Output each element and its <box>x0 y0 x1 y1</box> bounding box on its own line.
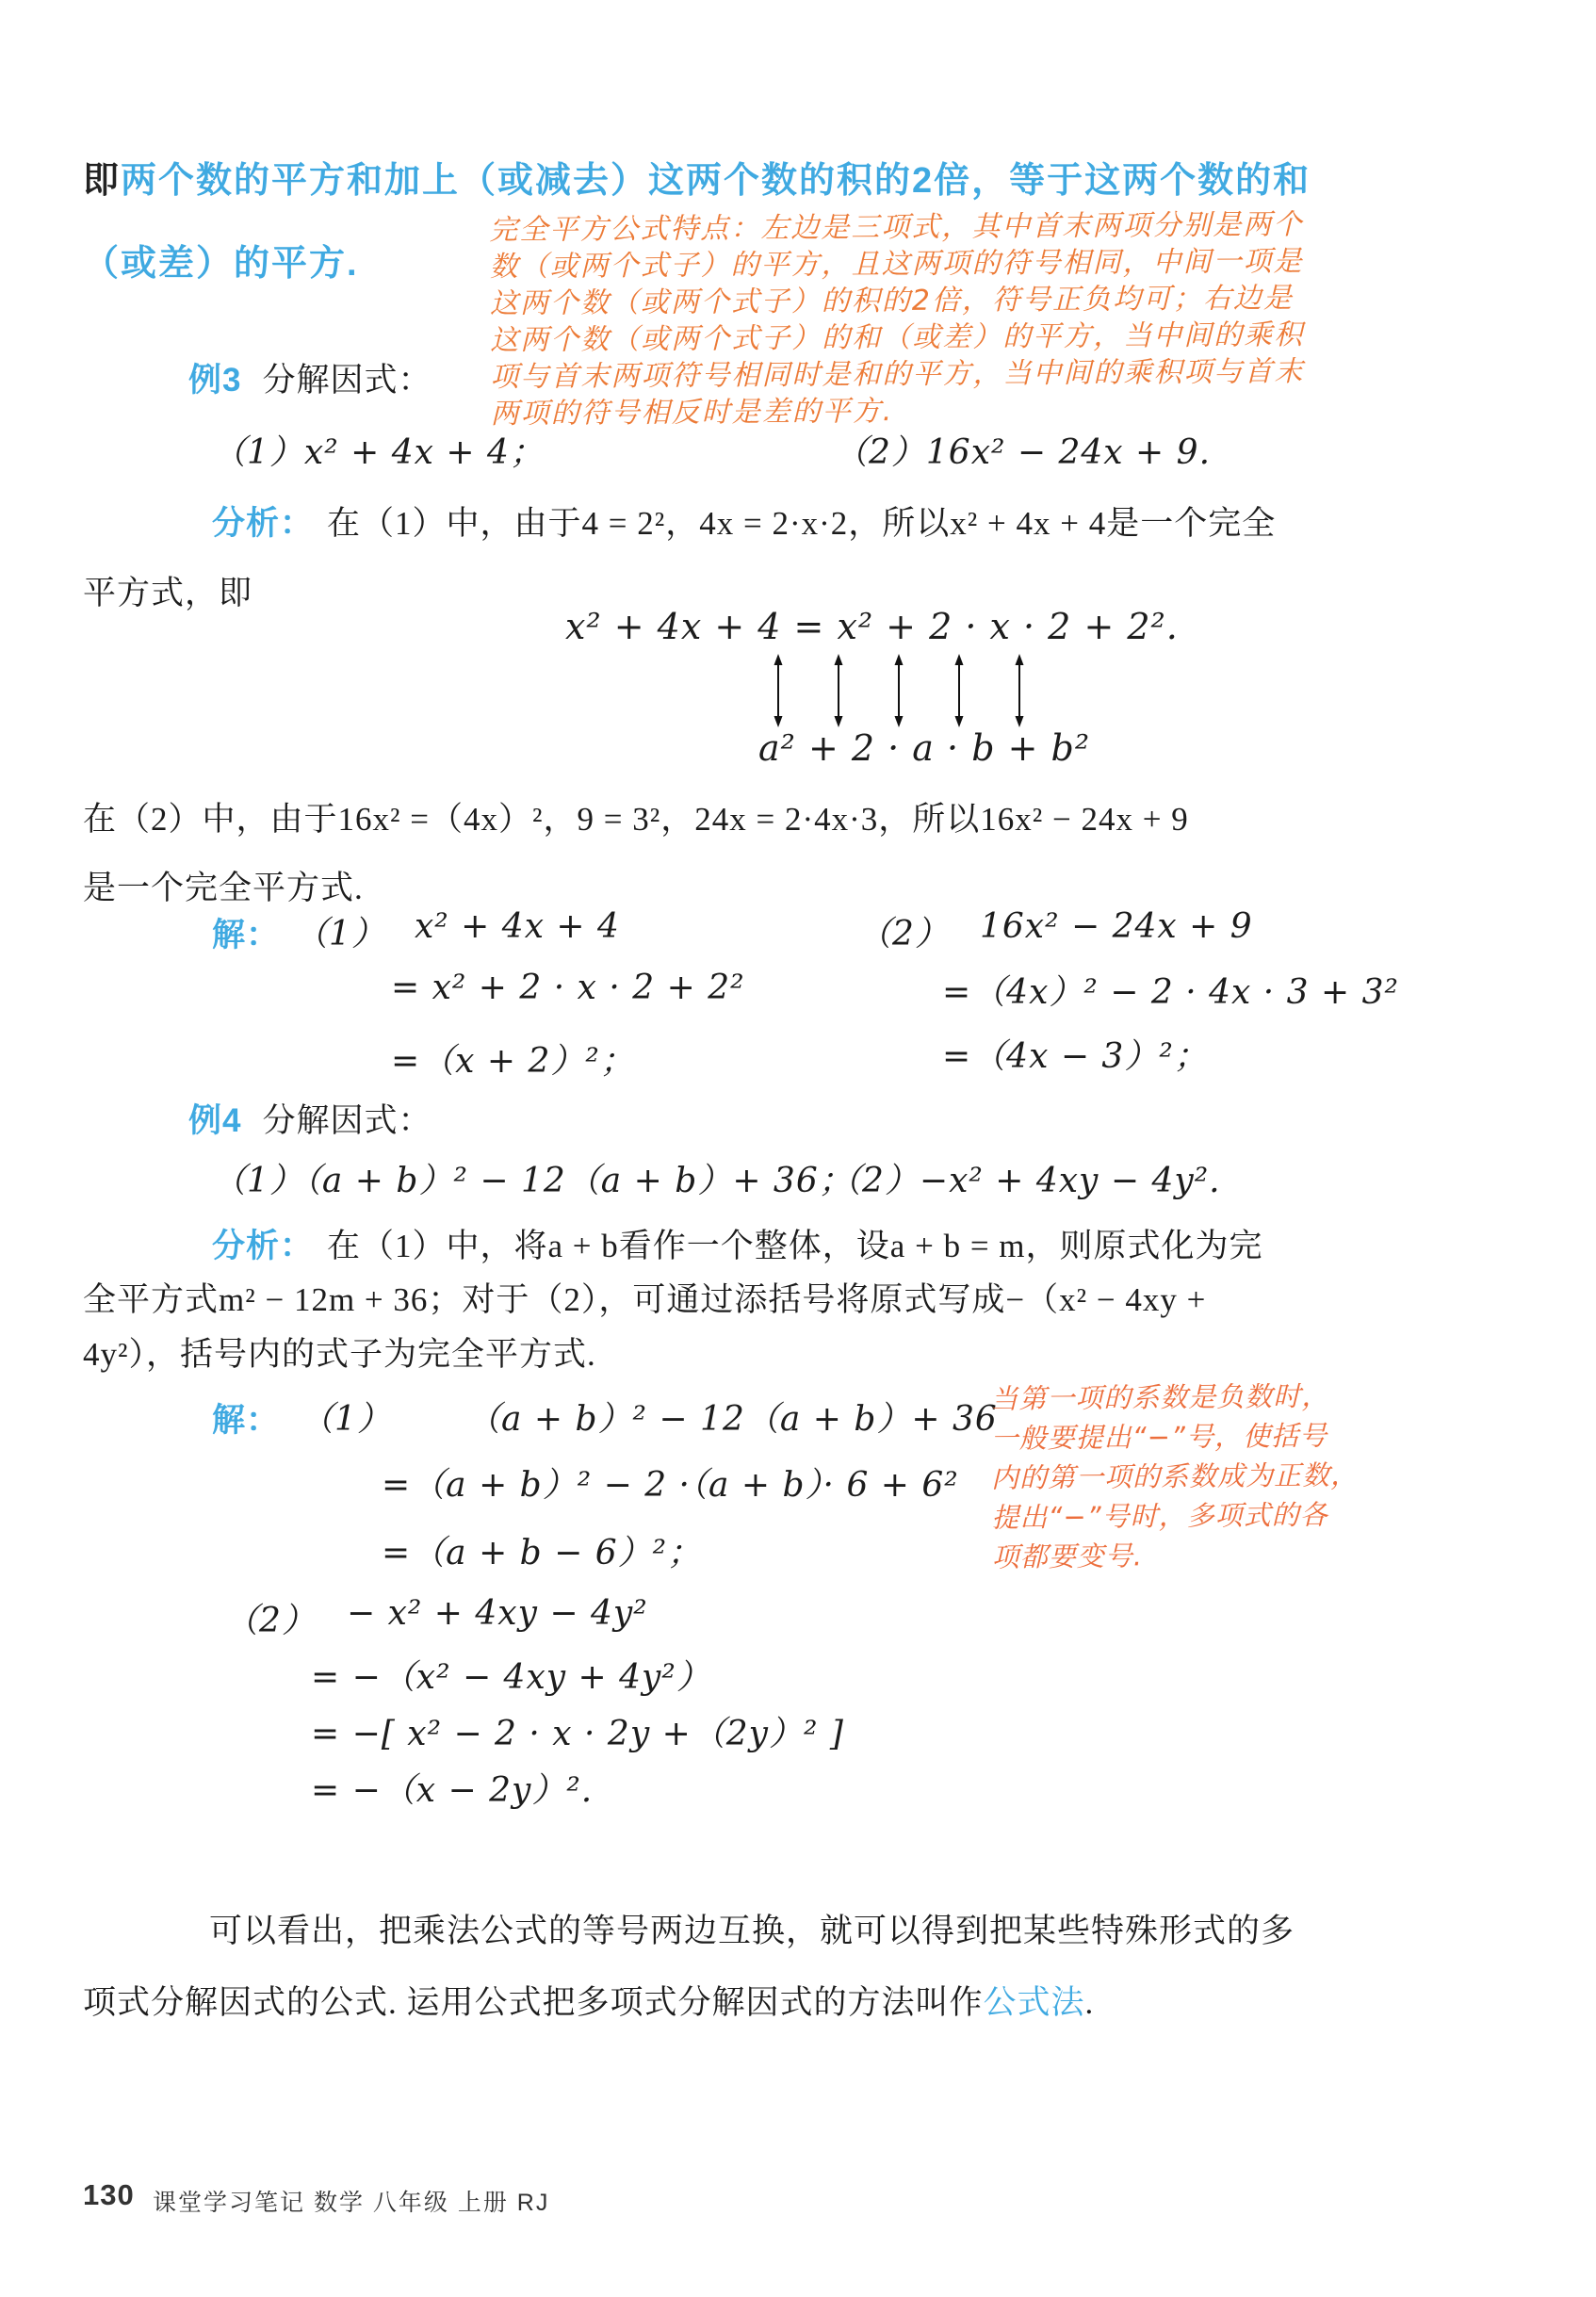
note-line: 完全平方公式特点：左边是三项式，其中首末两项分别是两个 <box>489 206 1303 249</box>
note-line: 当第一项的系数是负数时， <box>990 1376 1358 1418</box>
handwritten-note-negative-coefficient: 当第一项的系数是负数时， 一般要提出“−”号，使括号 内的第一项的系数成为正数，… <box>990 1376 1360 1576</box>
note-line: 提出“−”号时，多项式的各 <box>991 1494 1359 1537</box>
note-line: 内的第一项的系数成为正数， <box>991 1455 1359 1497</box>
ex4-sol2-step3: = −（x − 2y）². <box>311 1764 593 1812</box>
closing-period: . <box>1085 1984 1095 2021</box>
example4-title: 分解因式： <box>262 1102 432 1139</box>
example4-item1: （1）（a + b）² − 12（a + b）+ 36； <box>212 1154 854 1202</box>
handwritten-note-formula-features: 完全平方公式特点：左边是三项式，其中首末两项分别是两个 数（或两个式子）的平方，… <box>489 206 1305 432</box>
example4-analysis-line2: 全平方式m² − 12m + 36；对于（2），可通过添括号将原式写成−（x² … <box>83 1274 1206 1321</box>
rule-statement-prefix: 即 <box>83 161 121 201</box>
ex4-sol2-step2: = −[ x² − 2 · x · 2y +（2y）² ] <box>311 1707 844 1755</box>
analysis-label: 分析： <box>212 505 314 542</box>
example3-para2-line1: 在（2）中，由于16x² =（4x）²，9 = 3²，24x = 2·4x·3，… <box>83 793 1189 840</box>
example3-para2-line2: 是一个完全平方式. <box>83 862 364 909</box>
example4-label: 例4 <box>188 1102 241 1139</box>
rule-statement-line1: 即两个数的平方和加上（或减去）这两个数的积的2倍，等于这两个数的和 <box>83 151 1311 203</box>
note-line: 项都要变号. <box>992 1534 1360 1576</box>
ex4-sol1-step1: =（a + b）² − 2 ·（a + b）· 6 + 6² <box>382 1458 959 1507</box>
note-line: 这两个数（或两个式子）的和（或差）的平方，当中间的乘积 <box>490 317 1304 359</box>
example3-label: 例3 <box>188 362 241 399</box>
page-number: 130 <box>83 2178 135 2212</box>
example4-analysis-line1: 分析： 在（1）中，将a + b看作一个整体，设a + b = m，则原式化为完 <box>212 1220 1263 1267</box>
closing-paragraph-line1: 可以看出，把乘法公式的等号两边互换，就可以得到把某些特殊形式的多 <box>209 1905 1295 1952</box>
double-arrow-icon <box>831 654 846 727</box>
example3-title: 分解因式： <box>262 362 432 399</box>
note-line: 项与首末两项符号相同时是和的平方，当中间的乘积项与首末 <box>490 353 1304 396</box>
rule-statement-line2: （或差）的平方. <box>83 234 359 285</box>
pattern-expression: a² + 2 · a · b + b² <box>758 727 1090 769</box>
example4-analysis-line3: 4y²），括号内的式子为完全平方式. <box>83 1328 596 1376</box>
ex3-sol2-number: （2） <box>857 907 950 955</box>
double-arrow-icon <box>952 654 967 727</box>
ex3-sol2-step2: =（4x − 3）²； <box>942 1030 1209 1078</box>
ex4-sol2-step1: = −（x² − 4xy + 4y²） <box>311 1651 711 1699</box>
ex3-sol1-expr: x² + 4x + 4 <box>415 907 620 946</box>
double-arrow-icon <box>771 654 786 727</box>
closing-text: 项式分解因式的公式. 运用公式把多项式分解因式的方法叫作 <box>83 1984 984 2021</box>
analysis-label: 分析： <box>212 1228 314 1264</box>
double-arrow-icon <box>1012 654 1027 727</box>
double-arrow-icon <box>891 654 906 727</box>
example3-analysis-line1: 分析： 在（1）中，由于4 = 2²，4x = 2·x·2，所以x² + 4x … <box>212 497 1276 545</box>
ex4-sol1-expr: （a + b）² − 12（a + b）+ 36 <box>466 1393 998 1441</box>
note-line: 这两个数（或两个式子）的积的2倍，符号正负均可；右边是 <box>490 280 1304 322</box>
ex3-sol2-expr: 16x² − 24x + 9 <box>980 907 1253 946</box>
ex4-sol1-step2: =（a + b − 6）²； <box>382 1526 702 1574</box>
closing-paragraph-line2: 项式分解因式的公式. 运用公式把多项式分解因式的方法叫作公式法. <box>83 1977 1094 2024</box>
solution-label: 解： <box>212 1394 280 1442</box>
ex3-sol2-step1: =（4x）² − 2 · 4x · 3 + 3² <box>942 966 1399 1014</box>
ex4-sol2-number: （2） <box>224 1594 317 1642</box>
example3-heading: 例3 分解因式： <box>188 354 432 401</box>
ex3-sol1-number: （1） <box>294 907 386 955</box>
analysis-text: 在（1）中，将a + b看作一个整体，设a + b = m，则原式化为完 <box>327 1228 1263 1264</box>
ex4-sol2-expr: − x² + 4xy − 4y² <box>347 1594 648 1633</box>
example3-item1: （1）x² + 4x + 4； <box>212 426 545 474</box>
ex4-sol1-number: （1） <box>300 1393 392 1441</box>
perfect-square-identity: x² + 4x + 4 = x² + 2 · x · 2 + 2². <box>565 606 1179 647</box>
example3-analysis-line2: 平方式，即 <box>83 567 252 614</box>
note-line: 一般要提出“−”号，使括号 <box>990 1415 1358 1458</box>
example4-item2: （2）−x² + 4xy − 4y². <box>827 1154 1221 1202</box>
ex3-sol1-step1: = x² + 2 · x · 2 + 2² <box>391 969 745 1007</box>
formula-method-term: 公式法 <box>984 1984 1085 2021</box>
example4-heading: 例4 分解因式： <box>188 1095 432 1142</box>
solution-label: 解： <box>212 909 280 956</box>
textbook-page: 即两个数的平方和加上（或减去）这两个数的积的2倍，等于这两个数的和 （或差）的平… <box>0 0 1596 2297</box>
note-line: 数（或两个式子）的平方，且这两项的符号相同，中间一项是 <box>489 243 1303 285</box>
analysis-text: 在（1）中，由于4 = 2²，4x = 2·x·2，所以x² + 4x + 4是… <box>327 505 1276 542</box>
rule-statement-text1: 两个数的平方和加上（或减去）这两个数的积的2倍，等于这两个数的和 <box>121 161 1311 201</box>
correspondence-arrows <box>771 654 1027 727</box>
footer-book-info: 课堂学习笔记 数学 八年级 上册 RJ <box>153 2184 549 2218</box>
ex3-sol1-step2: =（x + 2）²； <box>391 1034 635 1083</box>
example3-item2: （2）16x² − 24x + 9. <box>834 426 1211 474</box>
